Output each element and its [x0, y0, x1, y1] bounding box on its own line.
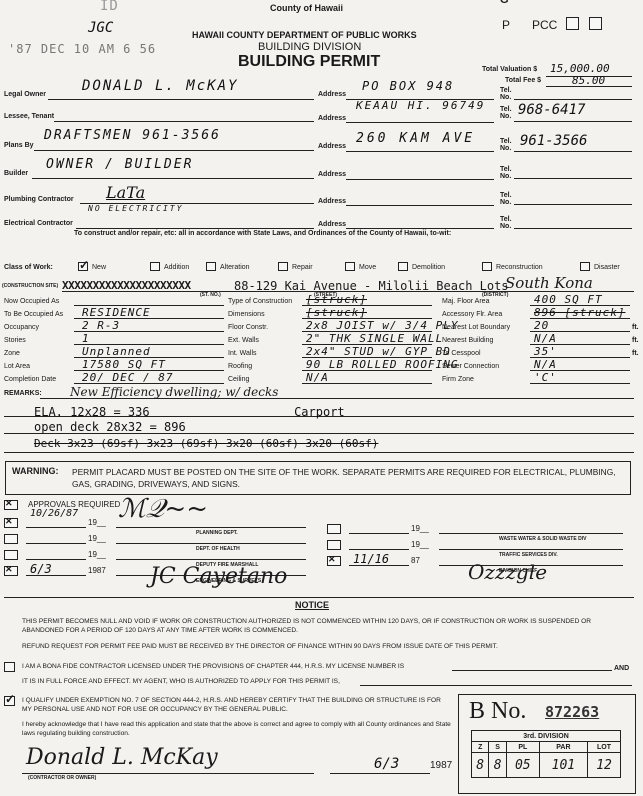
corner-marks: ID — [100, 0, 119, 14]
approvals-header-note: 10/26/87 — [30, 508, 78, 519]
exemption-text: I QUALIFY UNDER EXEMPTION NO. 7 OF SECTI… — [22, 696, 450, 714]
plumbing-tel-line — [514, 204, 632, 205]
approval-left-year-3[interactable]: 1987 — [88, 566, 106, 575]
class-of-work-label-addition: Addition — [164, 264, 189, 271]
warning-text: PERMIT PLACARD MUST BE POSTED ON THE SIT… — [72, 466, 622, 490]
contractor-and: AND — [614, 665, 629, 672]
legal-owner-address-label: Address — [318, 91, 346, 98]
approvals-bottom-line — [4, 597, 634, 598]
legal-owner-address[interactable]: PO BOX 948 — [362, 79, 454, 93]
approval-left-sign-line-1[interactable] — [116, 543, 306, 544]
permit-number-prefix: B No. — [469, 698, 526, 725]
detail-right-unit-4: ft. — [632, 350, 639, 357]
legal-owner-label: Legal Owner — [4, 91, 46, 98]
legal-owner-tel-line — [514, 99, 632, 100]
total-valuation-label: Total Valuation $ — [482, 66, 537, 73]
legal-owner-address-2[interactable]: KEAAU HI. 96749 — [356, 99, 485, 112]
class-of-work-checkbox-alteration[interactable] — [206, 262, 216, 271]
class-of-work-label-reconstruction: Reconstruction — [496, 264, 543, 271]
approval-left-dept-0: PLANNING DEPT. — [196, 530, 238, 536]
approvals-required-checkbox[interactable] — [4, 500, 18, 510]
notice-p1: THIS PERMIT BECOMES NULL AND VOID IF WOR… — [22, 617, 632, 635]
approval-left-sign-line-2[interactable] — [116, 559, 306, 560]
val-lot[interactable]: 12 — [588, 753, 621, 778]
detail-mid-value-6[interactable]: N/A — [306, 371, 329, 384]
detail-right-label-1: Accessory Flr. Area — [442, 311, 502, 318]
builder-tel-line — [514, 178, 632, 179]
approval-left-year-2[interactable]: 19__ — [88, 550, 106, 559]
detail-mid-label-3: Ext. Walls — [228, 337, 259, 344]
electrical-address-line — [346, 228, 494, 229]
electrical-address-label: Address — [318, 221, 346, 228]
plans-by-line — [34, 150, 314, 151]
detail-mid-label-6: Ceiling — [228, 376, 249, 383]
pcc-checkbox-1[interactable] — [566, 17, 579, 30]
signature-line — [22, 773, 314, 774]
val-z[interactable]: 8 — [472, 753, 489, 778]
col-s: S — [489, 742, 506, 753]
remarks-text-1[interactable]: New Efficiency dwelling; w/ decks — [70, 385, 278, 399]
plumbing-address-line — [346, 205, 494, 206]
detail-right-value-6[interactable]: 'C' — [534, 371, 557, 384]
remarks-text-3[interactable]: open deck 28x32 = 896 — [34, 420, 186, 434]
plumbing-address-label: Address — [318, 198, 346, 205]
approval-right-year-0[interactable]: 19__ — [411, 524, 429, 533]
detail-right-value-0[interactable]: 400 SQ FT — [534, 293, 603, 306]
detail-right-value-3[interactable]: N/A — [534, 332, 557, 345]
detail-mid-value-4[interactable]: 2x4" STUD w/ GYP BD — [306, 345, 451, 358]
site-address[interactable]: 88-129 Kai Avenue - Milolii Beach Lots — [234, 279, 509, 293]
detail-left-value-5[interactable]: 17580 SQ FT — [82, 358, 166, 371]
department-title: HAWAII COUNTY DEPARTMENT OF PUBLIC WORKS — [192, 30, 417, 40]
contractor-text-2: IT IS IN FULL FORCE AND EFFECT. MY AGENT… — [22, 678, 340, 685]
detail-left-value-4[interactable]: Unplanned — [82, 345, 151, 358]
lessee-address-label: Address — [318, 115, 346, 122]
legal-owner-line — [48, 99, 314, 100]
builder-address-line — [346, 179, 494, 180]
class-of-work-checkbox-new[interactable] — [78, 262, 88, 271]
detail-mid-value-5[interactable]: 90 LB ROLLED ROOFING — [306, 358, 458, 371]
class-of-work-checkbox-move[interactable] — [345, 262, 355, 271]
detail-left-label-3: Stories — [4, 337, 26, 344]
approval-left-year-0[interactable]: 19__ — [88, 518, 106, 527]
signature-date-line — [330, 773, 430, 774]
plans-by-value[interactable]: DRAFTSMEN 961-3566 — [44, 128, 221, 143]
owner-signature[interactable]: Donald L. McKay — [26, 745, 218, 770]
plans-by-address[interactable]: 260 KAM AVE — [356, 131, 475, 146]
detail-right-label-0: Maj. Floor Area — [442, 298, 489, 305]
detail-left-value-2[interactable]: 2 R-3 — [82, 319, 120, 332]
p-mark: P — [502, 18, 510, 32]
approval-right-date-line-1 — [349, 549, 409, 550]
plans-by-tel-label: Tel. No. — [500, 138, 514, 152]
class-of-work-checkbox-demolition[interactable] — [398, 262, 408, 271]
permit-number-box: B No. 872263 3rd. DIVISION Z S PL PAR LO… — [458, 694, 636, 794]
detail-right-value-2[interactable]: 20 — [534, 319, 549, 332]
class-of-work-checkbox-addition[interactable] — [150, 262, 160, 271]
detail-right-value-4[interactable]: 35' — [534, 345, 557, 358]
engineering-signature: JC Cayetano — [150, 564, 287, 589]
detail-right-value-5[interactable]: N/A — [534, 358, 557, 371]
site-struck: XXXXXXXXXXXXXXXXXXXXX — [62, 279, 191, 292]
electrical-value[interactable]: NO ELECTRICITY — [88, 204, 183, 213]
builder-label: Builder — [4, 170, 28, 177]
division-header: 3rd. DIVISION — [472, 731, 621, 742]
remarks-text-2[interactable]: ELA. 12x28 = 336 Carport — [34, 405, 345, 419]
builder-address-label: Address — [318, 171, 346, 178]
pcc-label: PCC — [532, 18, 557, 32]
col-pl: PL — [506, 742, 539, 753]
detail-right-label-4: To Cesspool — [442, 350, 481, 357]
legal-owner-value[interactable]: DONALD L. McKAY — [82, 78, 238, 94]
detail-left-value-3[interactable]: 1 — [82, 332, 90, 345]
contractor-text-1: I AM A BONA FIDE CONTRACTOR LICENSED UND… — [22, 663, 404, 670]
class-of-work-checkbox-reconstruction[interactable] — [482, 262, 492, 271]
approval-left-checkbox-1[interactable] — [4, 534, 18, 544]
class-of-work-checkbox-disaster[interactable] — [580, 262, 590, 271]
agent-line[interactable] — [360, 685, 632, 686]
g-mark: G — [500, 0, 509, 6]
approval-right-checkbox-2[interactable] — [327, 556, 341, 566]
construct-note: To construct and/or repair, etc: all in … — [74, 230, 451, 237]
detail-mid-value-2[interactable]: 2x8 JOIST w/ 3/4 PLY — [306, 319, 458, 332]
legal-owner-tel-label: Tel. No. — [500, 87, 514, 101]
approval-left-dept-1: DEPT. OF HEALTH — [196, 546, 240, 552]
detail-right-label-6: Firm Zone — [442, 376, 474, 383]
plumbing-label: Plumbing Contractor — [4, 196, 74, 203]
builder-line — [32, 178, 314, 179]
class-of-work-label-repair: Repair — [292, 264, 313, 271]
remarks-line-4 — [4, 452, 634, 453]
electrical-label: Electrical Contractor — [4, 220, 73, 227]
contractor-checkbox[interactable] — [4, 662, 15, 672]
approval-right-checkbox-1[interactable] — [327, 540, 341, 550]
division-title: BUILDING DIVISION — [258, 41, 361, 53]
col-lot: LOT — [588, 742, 621, 753]
approval-right-checkbox-0[interactable] — [327, 524, 341, 534]
detail-right-label-3: Nearest Building — [442, 337, 493, 344]
detail-mid-label-1: Dimensions — [228, 311, 265, 318]
detail-right-label-2: Nearest Lot Boundary — [442, 324, 510, 331]
detail-left-value-6[interactable]: 20/ DEC / 87 — [82, 371, 173, 384]
approval-left-checkbox-2[interactable] — [4, 550, 18, 560]
builder-value[interactable]: OWNER / BUILDER — [46, 157, 193, 172]
total-fee-label: Total Fee $ — [505, 77, 541, 84]
plumbing-tel-label: Tel. No. — [500, 192, 514, 206]
approval-left-date-3[interactable]: 6/3 — [30, 562, 52, 576]
detail-mid-value-3[interactable]: 2" THK SINGLE WALL — [306, 332, 443, 345]
electrical-line — [76, 228, 314, 229]
approval-left-checkbox-3[interactable] — [4, 566, 18, 576]
val-pl[interactable]: 05 — [506, 753, 539, 778]
detail-left-label-0: Now Occupied As — [4, 298, 59, 305]
lessee-tel-line — [514, 121, 632, 122]
detail-mid-label-5: Roofing — [228, 363, 252, 370]
signature-year[interactable]: 1987 — [430, 760, 452, 771]
detail-right-unit-2: ft. — [632, 324, 639, 331]
division-table: 3rd. DIVISION Z S PL PAR LOT 8 8 05 101 … — [471, 730, 621, 778]
approval-right-date-line-0 — [349, 533, 409, 534]
st-no-label: (ST. NO.) — [200, 292, 221, 298]
page-title: BUILDING PERMIT — [238, 53, 380, 71]
site-district[interactable]: South Kona — [505, 274, 593, 292]
detail-left-label-1: To Be Occupied As — [4, 311, 63, 318]
col-par: PAR — [539, 742, 587, 753]
initials: JGC — [88, 20, 113, 36]
plans-by-address-line — [346, 151, 494, 152]
detail-right-unit-3: ft. — [632, 337, 639, 344]
col-z: Z — [472, 742, 489, 753]
approval-left-date-line-0 — [26, 527, 86, 528]
val-s[interactable]: 8 — [489, 753, 506, 778]
approval-right-dept-0: WASTE WATER & SOLID WASTE DIV — [499, 536, 586, 542]
approval-right-date-2[interactable]: 11/16 — [353, 552, 389, 566]
warning-label: WARNING: — [12, 466, 59, 476]
approval-left-sign-line-0[interactable] — [116, 527, 306, 528]
detail-right-label-5: Sewer Connection — [442, 363, 499, 370]
exemption-checkbox[interactable] — [4, 696, 15, 706]
detail-left-label-6: Completion Date — [4, 376, 56, 383]
approval-left-date-line-2 — [26, 559, 86, 560]
class-of-work-label-demolition: Demolition — [412, 264, 445, 271]
builder-tel-label: Tel. No. — [500, 166, 514, 180]
val-par[interactable]: 101 — [539, 753, 587, 778]
remarks-label: REMARKS: — [4, 390, 42, 397]
detail-left-value-1[interactable]: RESIDENCE — [82, 306, 151, 319]
approval-right-year-2[interactable]: 87 — [411, 556, 420, 565]
plans-by-address-label: Address — [318, 143, 346, 150]
division-chief-signature: Ozzzgle — [468, 560, 547, 584]
signature-label: (CONTRACTOR OR OWNER) — [28, 775, 96, 781]
lessee-line — [54, 121, 314, 122]
class-of-work-label-new: New — [92, 264, 106, 271]
notice-title: NOTICE — [295, 600, 329, 610]
approval-left-date-line-1 — [26, 543, 86, 544]
legal-owner-tel2-label: Tel. No. — [500, 106, 514, 120]
detail-mid-label-0: Type of Construction — [228, 298, 292, 305]
approval-left-year-1[interactable]: 19__ — [88, 534, 106, 543]
lessee-address-line — [346, 122, 494, 123]
detail-left-label-2: Occupancy — [4, 324, 39, 331]
class-of-work-label-move: Move — [359, 264, 376, 271]
legal-owner-tel[interactable]: 968-6417 — [518, 102, 585, 118]
approval-right-sign-line-1[interactable] — [439, 549, 623, 550]
class-of-work-label: Class of Work: — [4, 264, 53, 271]
detail-mid-label-2: Floor Constr. — [228, 324, 268, 331]
plumbing-value[interactable]: LaTa — [106, 183, 145, 202]
permit-number: 872263 — [545, 703, 599, 721]
approval-left-checkbox-0[interactable] — [4, 518, 18, 528]
approval-right-sign-line-0[interactable] — [439, 533, 623, 534]
plans-by-tel-line — [514, 151, 632, 152]
detail-right-value-1[interactable]: 896 [struck] — [534, 306, 625, 319]
detail-mid-value-0[interactable]: [struck] — [306, 293, 367, 306]
county-title: County of Hawaii — [270, 3, 343, 13]
approval-right-year-1[interactable]: 19__ — [411, 540, 429, 549]
approval-right-dept-1: TRAFFIC SERVICES DIV. — [499, 552, 558, 558]
electrical-tel-line — [514, 228, 632, 229]
detail-left-label-4: Zone — [4, 350, 20, 357]
detail-mid-label-4: Int. Walls — [228, 350, 257, 357]
received-stamp: '87 DEC 10 AM 6 56 — [8, 42, 156, 56]
pcc-checkbox-2[interactable] — [589, 17, 602, 30]
remarks-text-4[interactable]: Deck 3x23 (69sf) 3x23 (69sf) 3x20 (60sf)… — [34, 437, 378, 450]
class-of-work-checkbox-repair[interactable] — [278, 262, 288, 271]
notice-p2: REFUND REQUEST FOR PERMIT FEE PAID MUST … — [22, 643, 632, 650]
acknowledge-text: I hereby acknowledge that I have read th… — [22, 720, 458, 738]
detail-mid-value-1[interactable]: [struck] — [306, 306, 367, 319]
class-of-work-label-disaster: Disaster — [594, 264, 620, 271]
plans-by-label: Plans By — [4, 142, 34, 149]
electrical-tel-label: Tel. No. — [500, 216, 514, 230]
planning-signature: ℳ𝒬~~ — [118, 494, 208, 525]
license-number-line[interactable] — [452, 670, 612, 671]
total-fee-value[interactable]: 85.00 — [572, 74, 605, 87]
detail-left-label-5: Lot Area — [4, 363, 30, 370]
warning-box: WARNING: PERMIT PLACARD MUST BE POSTED O… — [5, 461, 631, 495]
plans-by-tel[interactable]: 961-3566 — [520, 133, 587, 149]
site-label: (CONSTRUCTION SITE) — [2, 283, 58, 289]
signature-date[interactable]: 6/3 — [374, 756, 399, 772]
lessee-label: Lessee, Tenant — [4, 113, 54, 120]
class-of-work-label-alteration: Alteration — [220, 264, 250, 271]
